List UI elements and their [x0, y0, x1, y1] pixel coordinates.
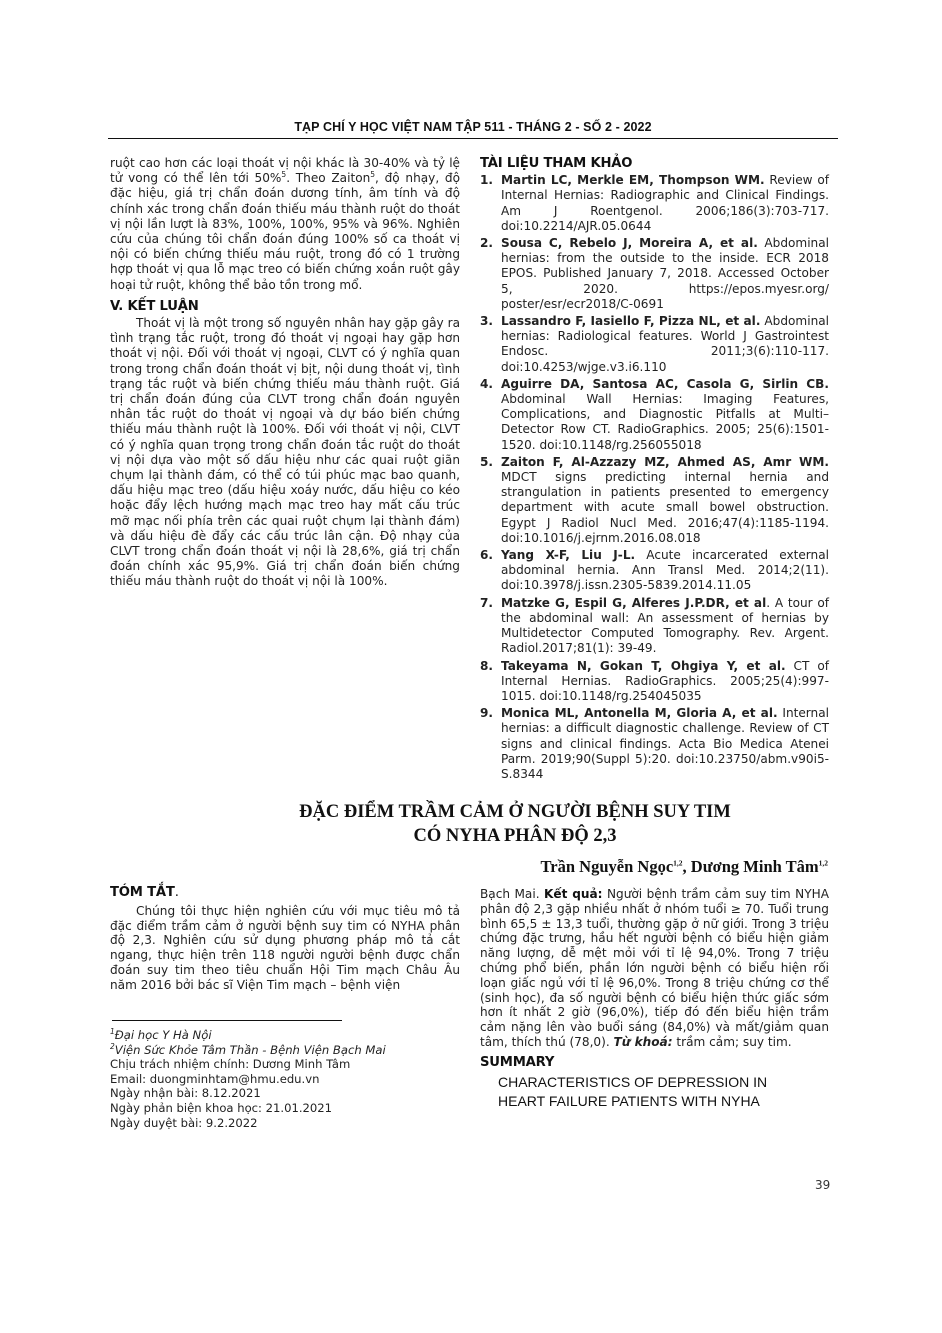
reference-number: 2.	[480, 236, 493, 251]
reference-item: 6.Yang X-F, Liu J-L. Acute incarcerated …	[480, 548, 829, 594]
affiliation-1: 1Đại học Y Hà Nội	[110, 1028, 460, 1043]
running-header: TẠP CHÍ Y HỌC VIỆT NAM TẬP 511 - THÁNG 2…	[108, 120, 838, 139]
references-column: TÀI LIỆU THAM KHẢO 1.Martin LC, Merkle E…	[480, 156, 829, 784]
footnote-divider	[112, 1020, 342, 1021]
author-affiliation-sup: 1,2	[673, 859, 682, 868]
abstract-right-column: Bạch Mai. Kết quả: Người bệnh trầm cảm s…	[480, 887, 829, 1111]
affiliation-text: Viện Sức Khỏe Tâm Thần - Bệnh Viện Bạch …	[115, 1043, 386, 1057]
reference-item: 2.Sousa C, Rebelo J, Moreira A, et al. A…	[480, 236, 829, 312]
results-text: Người bệnh trầm cảm suy tim NYHA phân độ…	[480, 887, 829, 1049]
journal-page: TẠP CHÍ Y HỌC VIỆT NAM TẬP 511 - THÁNG 2…	[0, 0, 942, 1333]
conclusion-paragraph: Thoát vị là một trong số nguyên nhân hay…	[110, 316, 460, 590]
reference-item: 4.Aguirre DA, Santosa AC, Casola G, Sirl…	[480, 377, 829, 453]
affiliation-2: 2Viện Sức Khỏe Tâm Thần - Bệnh Viện Bạch…	[110, 1043, 460, 1058]
review-date: Ngày phản biện khoa học: 21.01.2021	[110, 1101, 460, 1116]
received-date: Ngày nhận bài: 8.12.2021	[110, 1086, 460, 1101]
reference-authors: Martin LC, Merkle EM, Thompson WM.	[501, 173, 765, 187]
reference-text: MDCT signs predicting internal hernia an…	[501, 470, 829, 545]
reference-authors: Matzke G, Espil G, Alferes J.P.DR, et al	[501, 596, 766, 610]
reference-number: 6.	[480, 548, 493, 563]
reference-authors: Lassandro F, Iasiello F, Pizza NL, et al…	[501, 314, 760, 328]
reference-number: 3.	[480, 314, 493, 329]
reference-item: 8.Takeyama N, Gokan T, Ohgiya Y, et al. …	[480, 659, 829, 705]
abstract-heading: TÓM TẮT.	[110, 886, 460, 901]
reference-number: 1.	[480, 173, 493, 188]
summary-title: CHARACTERISTICS OF DEPRESSION IN HEART F…	[480, 1073, 829, 1111]
reference-item: 1.Martin LC, Merkle EM, Thompson WM. Rev…	[480, 173, 829, 234]
reference-list: 1.Martin LC, Merkle EM, Thompson WM. Rev…	[480, 173, 829, 782]
reference-authors: Aguirre DA, Santosa AC, Casola G, Sirlin…	[501, 377, 829, 391]
summary-title-line-1: CHARACTERISTICS OF DEPRESSION IN	[498, 1073, 829, 1092]
reference-text: Abdominal Wall Hernias: Imaging Features…	[501, 392, 829, 452]
author-separator: ,	[683, 857, 691, 876]
reference-item: 5.Zaiton F, Al-Azzazy MZ, Ahmed AS, Amr …	[480, 455, 829, 546]
abstract-heading-text: TÓM TẮT	[110, 885, 175, 900]
reference-authors: Zaiton F, Al-Azzazy MZ, Ahmed AS, Amr WM…	[501, 455, 829, 469]
summary-heading: SUMMARY	[480, 1056, 829, 1071]
affiliation-text: Đại học Y Hà Nội	[115, 1028, 212, 1042]
corresponding-author: Chịu trách nhiệm chính: Dương Minh Tâm	[110, 1057, 460, 1072]
abstract-text: Bạch Mai.	[480, 887, 544, 901]
reference-item: 7.Matzke G, Espil G, Alferes J.P.DR, et …	[480, 596, 829, 657]
reference-authors: Yang X-F, Liu J-L.	[501, 548, 635, 562]
author-name: Dương Minh Tâm	[691, 857, 819, 876]
abstract-left-column: TÓM TẮT. Chúng tôi thực hiện nghiên cứu …	[110, 886, 460, 993]
accepted-date: Ngày duyệt bài: 9.2.2022	[110, 1116, 460, 1131]
reference-number: 9.	[480, 706, 493, 721]
author-affiliation-sup: 1,2	[819, 859, 828, 868]
article-authors: Trần Nguyễn Ngọc1,2, Dương Minh Tâm1,2	[541, 857, 828, 877]
left-column-upper: ruột cao hơn các loại thoát vị nội khác …	[110, 156, 460, 590]
reference-number: 4.	[480, 377, 493, 392]
article-title-line-2: CÓ NYHA PHÂN ĐỘ 2,3	[200, 824, 830, 848]
reference-authors: Takeyama N, Gokan T, Ohgiya Y, et al.	[501, 659, 786, 673]
author-name: Trần Nguyễn Ngọc	[541, 857, 674, 876]
keywords-text: trầm cảm; suy tim.	[673, 1035, 792, 1049]
article-title-line-1: ĐẶC ĐIỂM TRẦM CẢM Ở NGƯỜI BỆNH SUY TIM	[200, 800, 830, 824]
article-title: ĐẶC ĐIỂM TRẦM CẢM Ở NGƯỜI BỆNH SUY TIM C…	[200, 800, 830, 848]
reference-number: 8.	[480, 659, 493, 674]
abstract-paragraph-left: Chúng tôi thực hiện nghiên cứu với mục t…	[110, 904, 460, 993]
email-line: Email: duongminhtam@hmu.edu.vn	[110, 1072, 460, 1087]
reference-item: 3.Lassandro F, Iasiello F, Pizza NL, et …	[480, 314, 829, 375]
reference-number: 7.	[480, 596, 493, 611]
reference-authors: Monica ML, Antonella M, Gloria A, et al.	[501, 706, 778, 720]
reference-number: 5.	[480, 455, 493, 470]
discussion-text: . Theo Zaiton	[286, 171, 370, 185]
abstract-paragraph-right: Bạch Mai. Kết quả: Người bệnh trầm cảm s…	[480, 887, 829, 1050]
results-label: Kết quả:	[544, 887, 602, 901]
page-number: 39	[815, 1178, 830, 1192]
footnotes: 1Đại học Y Hà Nội 2Viện Sức Khỏe Tâm Thầ…	[110, 1028, 460, 1130]
reference-authors: Sousa C, Rebelo J, Moreira A, et al.	[501, 236, 758, 250]
conclusion-heading: V. KẾT LUẬN	[110, 299, 460, 314]
discussion-text: , độ nhạy, độ đặc hiệu, giá trị chẩn đoá…	[110, 171, 460, 291]
references-heading: TÀI LIỆU THAM KHẢO	[480, 156, 829, 171]
keywords-label: Từ khoá:	[614, 1035, 673, 1049]
discussion-tail-paragraph: ruột cao hơn các loại thoát vị nội khác …	[110, 156, 460, 293]
summary-title-line-2: HEART FAILURE PATIENTS WITH NYHA	[498, 1092, 829, 1111]
reference-item: 9.Monica ML, Antonella M, Gloria A, et a…	[480, 706, 829, 782]
abstract-heading-suffix: .	[175, 885, 179, 900]
